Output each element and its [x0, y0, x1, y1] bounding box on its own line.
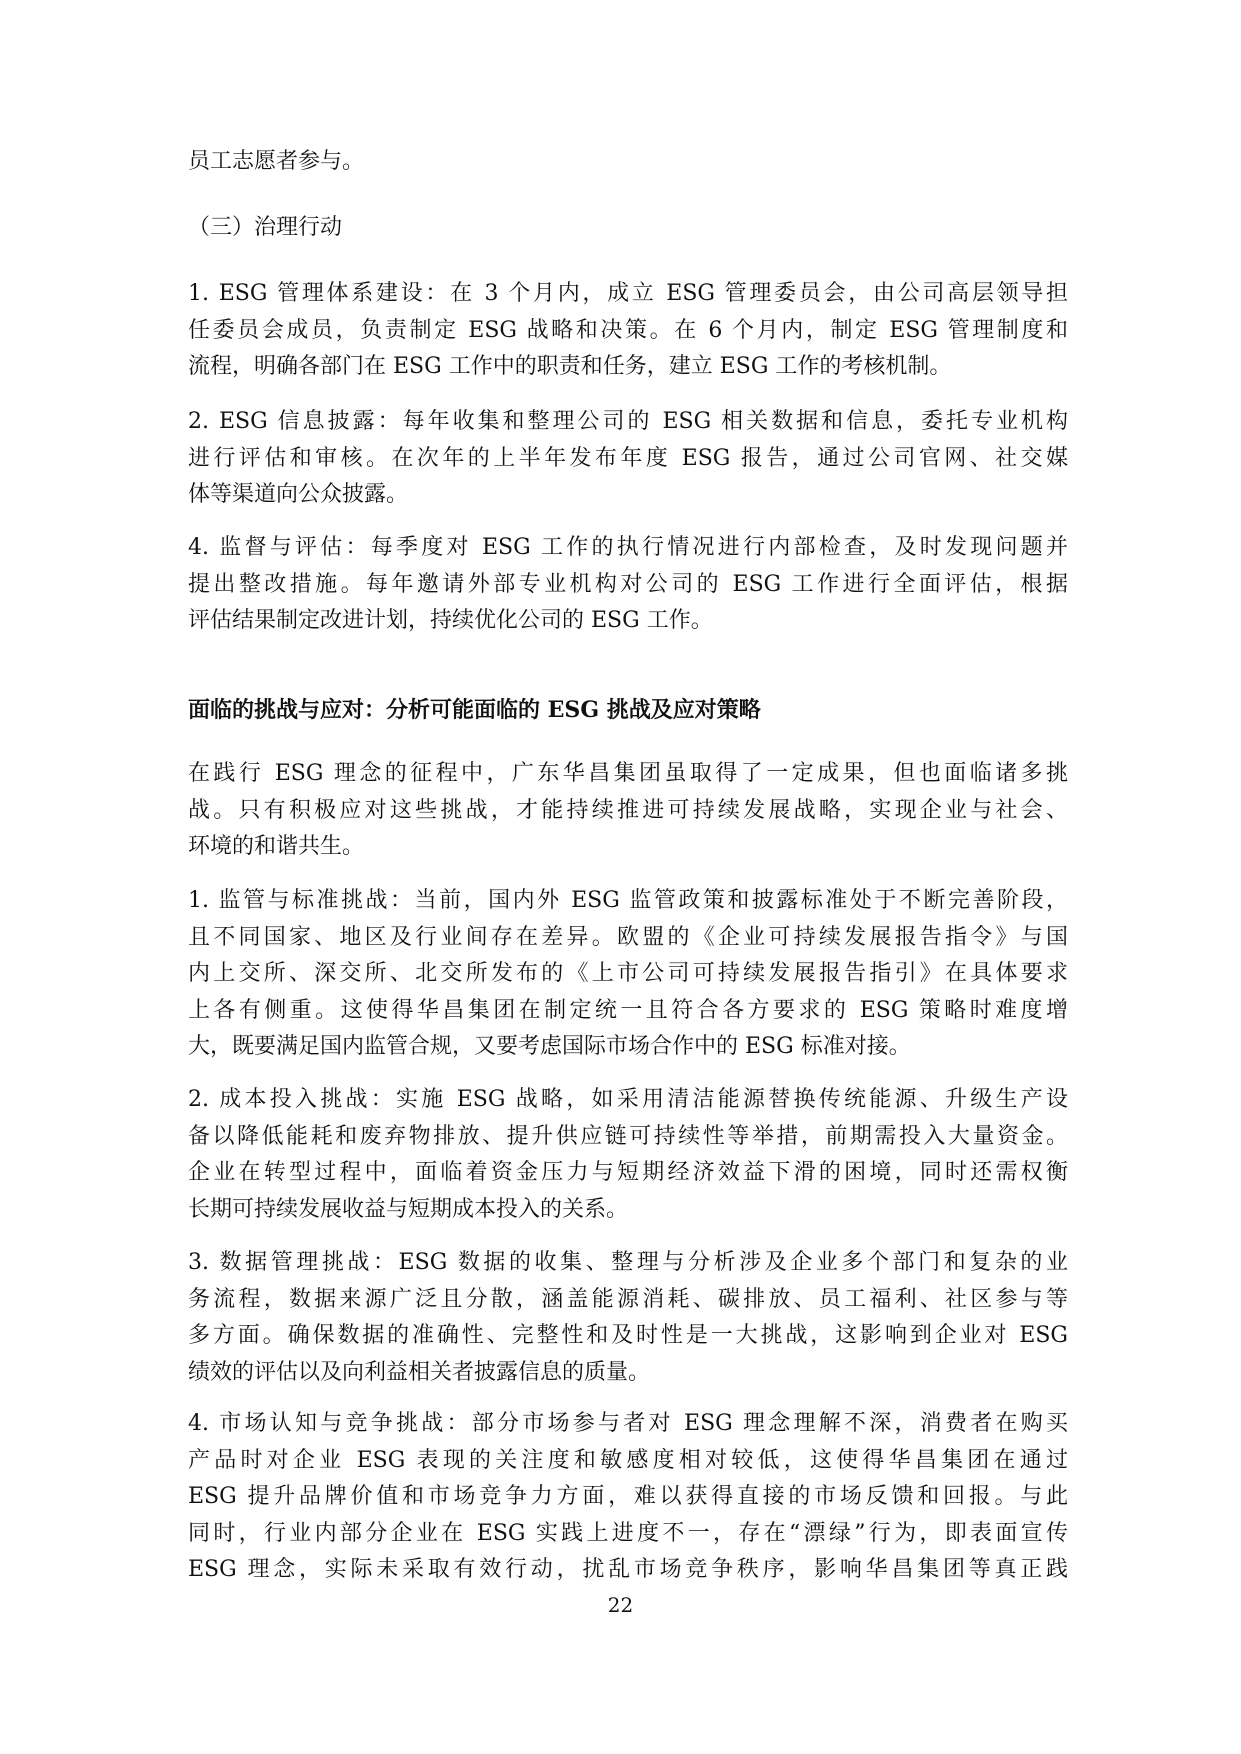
paragraph-challenge-1: 1. 监管与标准挑战：当前，国内外 ESG 监管政策和披露标准处于不断完善阶段，… — [188, 883, 1068, 1066]
paragraph-intro: 在践行 ESG 理念的征程中，广东华昌集团虽取得了一定成果，但也面临诸多挑战。只… — [188, 756, 1068, 866]
text-line: 2. ESG 信息披露：每年收集和整理公司的 ESG 相关数据和信息，委托专业机… — [188, 404, 1068, 441]
paragraph-challenge-3: 3. 数据管理挑战：ESG 数据的收集、整理与分析涉及企业多个部门和复杂的业务流… — [188, 1245, 1068, 1391]
text-line: 评估结果制定改进计划，持续优化公司的 ESG 工作。 — [188, 603, 1068, 640]
text-line: 流程，明确各部门在 ESG 工作中的职责和任务，建立 ESG 工作的考核机制。 — [188, 349, 1068, 386]
text-line: 备以降低能耗和废弃物排放、提升供应链可持续性等举措，前期需投入大量资金。 — [188, 1119, 1068, 1156]
paragraph-gov-1: 1. ESG 管理体系建设：在 3 个月内，成立 ESG 管理委员会，由公司高层… — [188, 276, 1068, 386]
text-line: 产品时对企业 ESG 表现的关注度和敏感度相对较低，这使得华昌集团在通过 — [188, 1443, 1068, 1480]
text-line: 任委员会成员，负责制定 ESG 战略和决策。在 6 个月内，制定 ESG 管理制… — [188, 313, 1068, 350]
text-line: 1. 监管与标准挑战：当前，国内外 ESG 监管政策和披露标准处于不断完善阶段， — [188, 883, 1068, 920]
text-line: ESG 理念，实际未采取有效行动，扰乱市场竞争秩序，影响华昌集团等真正践 — [188, 1552, 1068, 1589]
text-line: 绩效的评估以及向利益相关者披露信息的质量。 — [188, 1355, 1068, 1392]
paragraph-challenge-4: 4. 市场认知与竞争挑战：部分市场参与者对 ESG 理念理解不深，消费者在购买产… — [188, 1406, 1068, 1589]
text-line: 务流程，数据来源广泛且分散，涵盖能源消耗、碳排放、员工福利、社区参与等 — [188, 1282, 1068, 1319]
text-line: 面临的挑战与应对：分析可能面临的 ESG 挑战及应对策略 — [188, 692, 1068, 729]
text-line: 多方面。确保数据的准确性、完整性和及时性是一大挑战，这影响到企业对 ESG — [188, 1318, 1068, 1355]
paragraph-gov-4: 4. 监督与评估：每季度对 ESG 工作的执行情况进行内部检查，及时发现问题并提… — [188, 530, 1068, 640]
text-line: 企业在转型过程中，面临着资金压力与短期经济效益下滑的困境，同时还需权衡 — [188, 1155, 1068, 1192]
text-line: 进行评估和审核。在次年的上半年发布年度 ESG 报告，通过公司官网、社交媒 — [188, 441, 1068, 478]
text-line: 3. 数据管理挑战：ESG 数据的收集、整理与分析涉及企业多个部门和复杂的业 — [188, 1245, 1068, 1282]
text-line: ESG 提升品牌价值和市场竞争力方面，难以获得直接的市场反馈和回报。与此 — [188, 1479, 1068, 1516]
text-line: 环境的和谐共生。 — [188, 829, 1068, 866]
section-heading: 面临的挑战与应对：分析可能面临的 ESG 挑战及应对策略 — [188, 692, 1068, 729]
document-page: 员工志愿者参与。（三）治理行动1. ESG 管理体系建设：在 3 个月内，成立 … — [0, 0, 1241, 1754]
text-line: （三）治理行动 — [188, 210, 1068, 247]
text-line: 2. 成本投入挑战：实施 ESG 战略，如采用清洁能源替换传统能源、升级生产设 — [188, 1082, 1068, 1119]
text-line: 在践行 ESG 理念的征程中，广东华昌集团虽取得了一定成果，但也面临诸多挑 — [188, 756, 1068, 793]
paragraph-section-3: （三）治理行动 — [188, 210, 1068, 247]
text-line: 1. ESG 管理体系建设：在 3 个月内，成立 ESG 管理委员会，由公司高层… — [188, 276, 1068, 313]
paragraph-challenge-2: 2. 成本投入挑战：实施 ESG 战略，如采用清洁能源替换传统能源、升级生产设备… — [188, 1082, 1068, 1228]
text-line: 战。只有积极应对这些挑战，才能持续推进可持续发展战略，实现企业与社会、 — [188, 793, 1068, 830]
paragraph-gov-2: 2. ESG 信息披露：每年收集和整理公司的 ESG 相关数据和信息，委托专业机… — [188, 404, 1068, 514]
text-line: 4. 监督与评估：每季度对 ESG 工作的执行情况进行内部检查，及时发现问题并 — [188, 530, 1068, 567]
page-number: 22 — [0, 1593, 1241, 1617]
text-line: 且不同国家、地区及行业间存在差异。欧盟的《企业可持续发展报告指令》与国 — [188, 920, 1068, 957]
text-line: 员工志愿者参与。 — [188, 144, 1068, 181]
text-line: 提出整改措施。每年邀请外部专业机构对公司的 ESG 工作进行全面评估，根据 — [188, 567, 1068, 604]
text-line: 长期可持续发展收益与短期成本投入的关系。 — [188, 1192, 1068, 1229]
text-line: 体等渠道向公众披露。 — [188, 477, 1068, 514]
text-line: 同时，行业内部分企业在 ESG 实践上进度不一，存在“漂绿”行为，即表面宣传 — [188, 1516, 1068, 1553]
text-line: 4. 市场认知与竞争挑战：部分市场参与者对 ESG 理念理解不深，消费者在购买 — [188, 1406, 1068, 1443]
text-line: 上各有侧重。这使得华昌集团在制定统一且符合各方要求的 ESG 策略时难度增 — [188, 993, 1068, 1030]
text-line: 内上交所、深交所、北交所发布的《上市公司可持续发展报告指引》在具体要求 — [188, 956, 1068, 993]
paragraph-tail: 员工志愿者参与。 — [188, 144, 1068, 181]
text-line: 大，既要满足国内监管合规，又要考虑国际市场合作中的 ESG 标准对接。 — [188, 1029, 1068, 1066]
